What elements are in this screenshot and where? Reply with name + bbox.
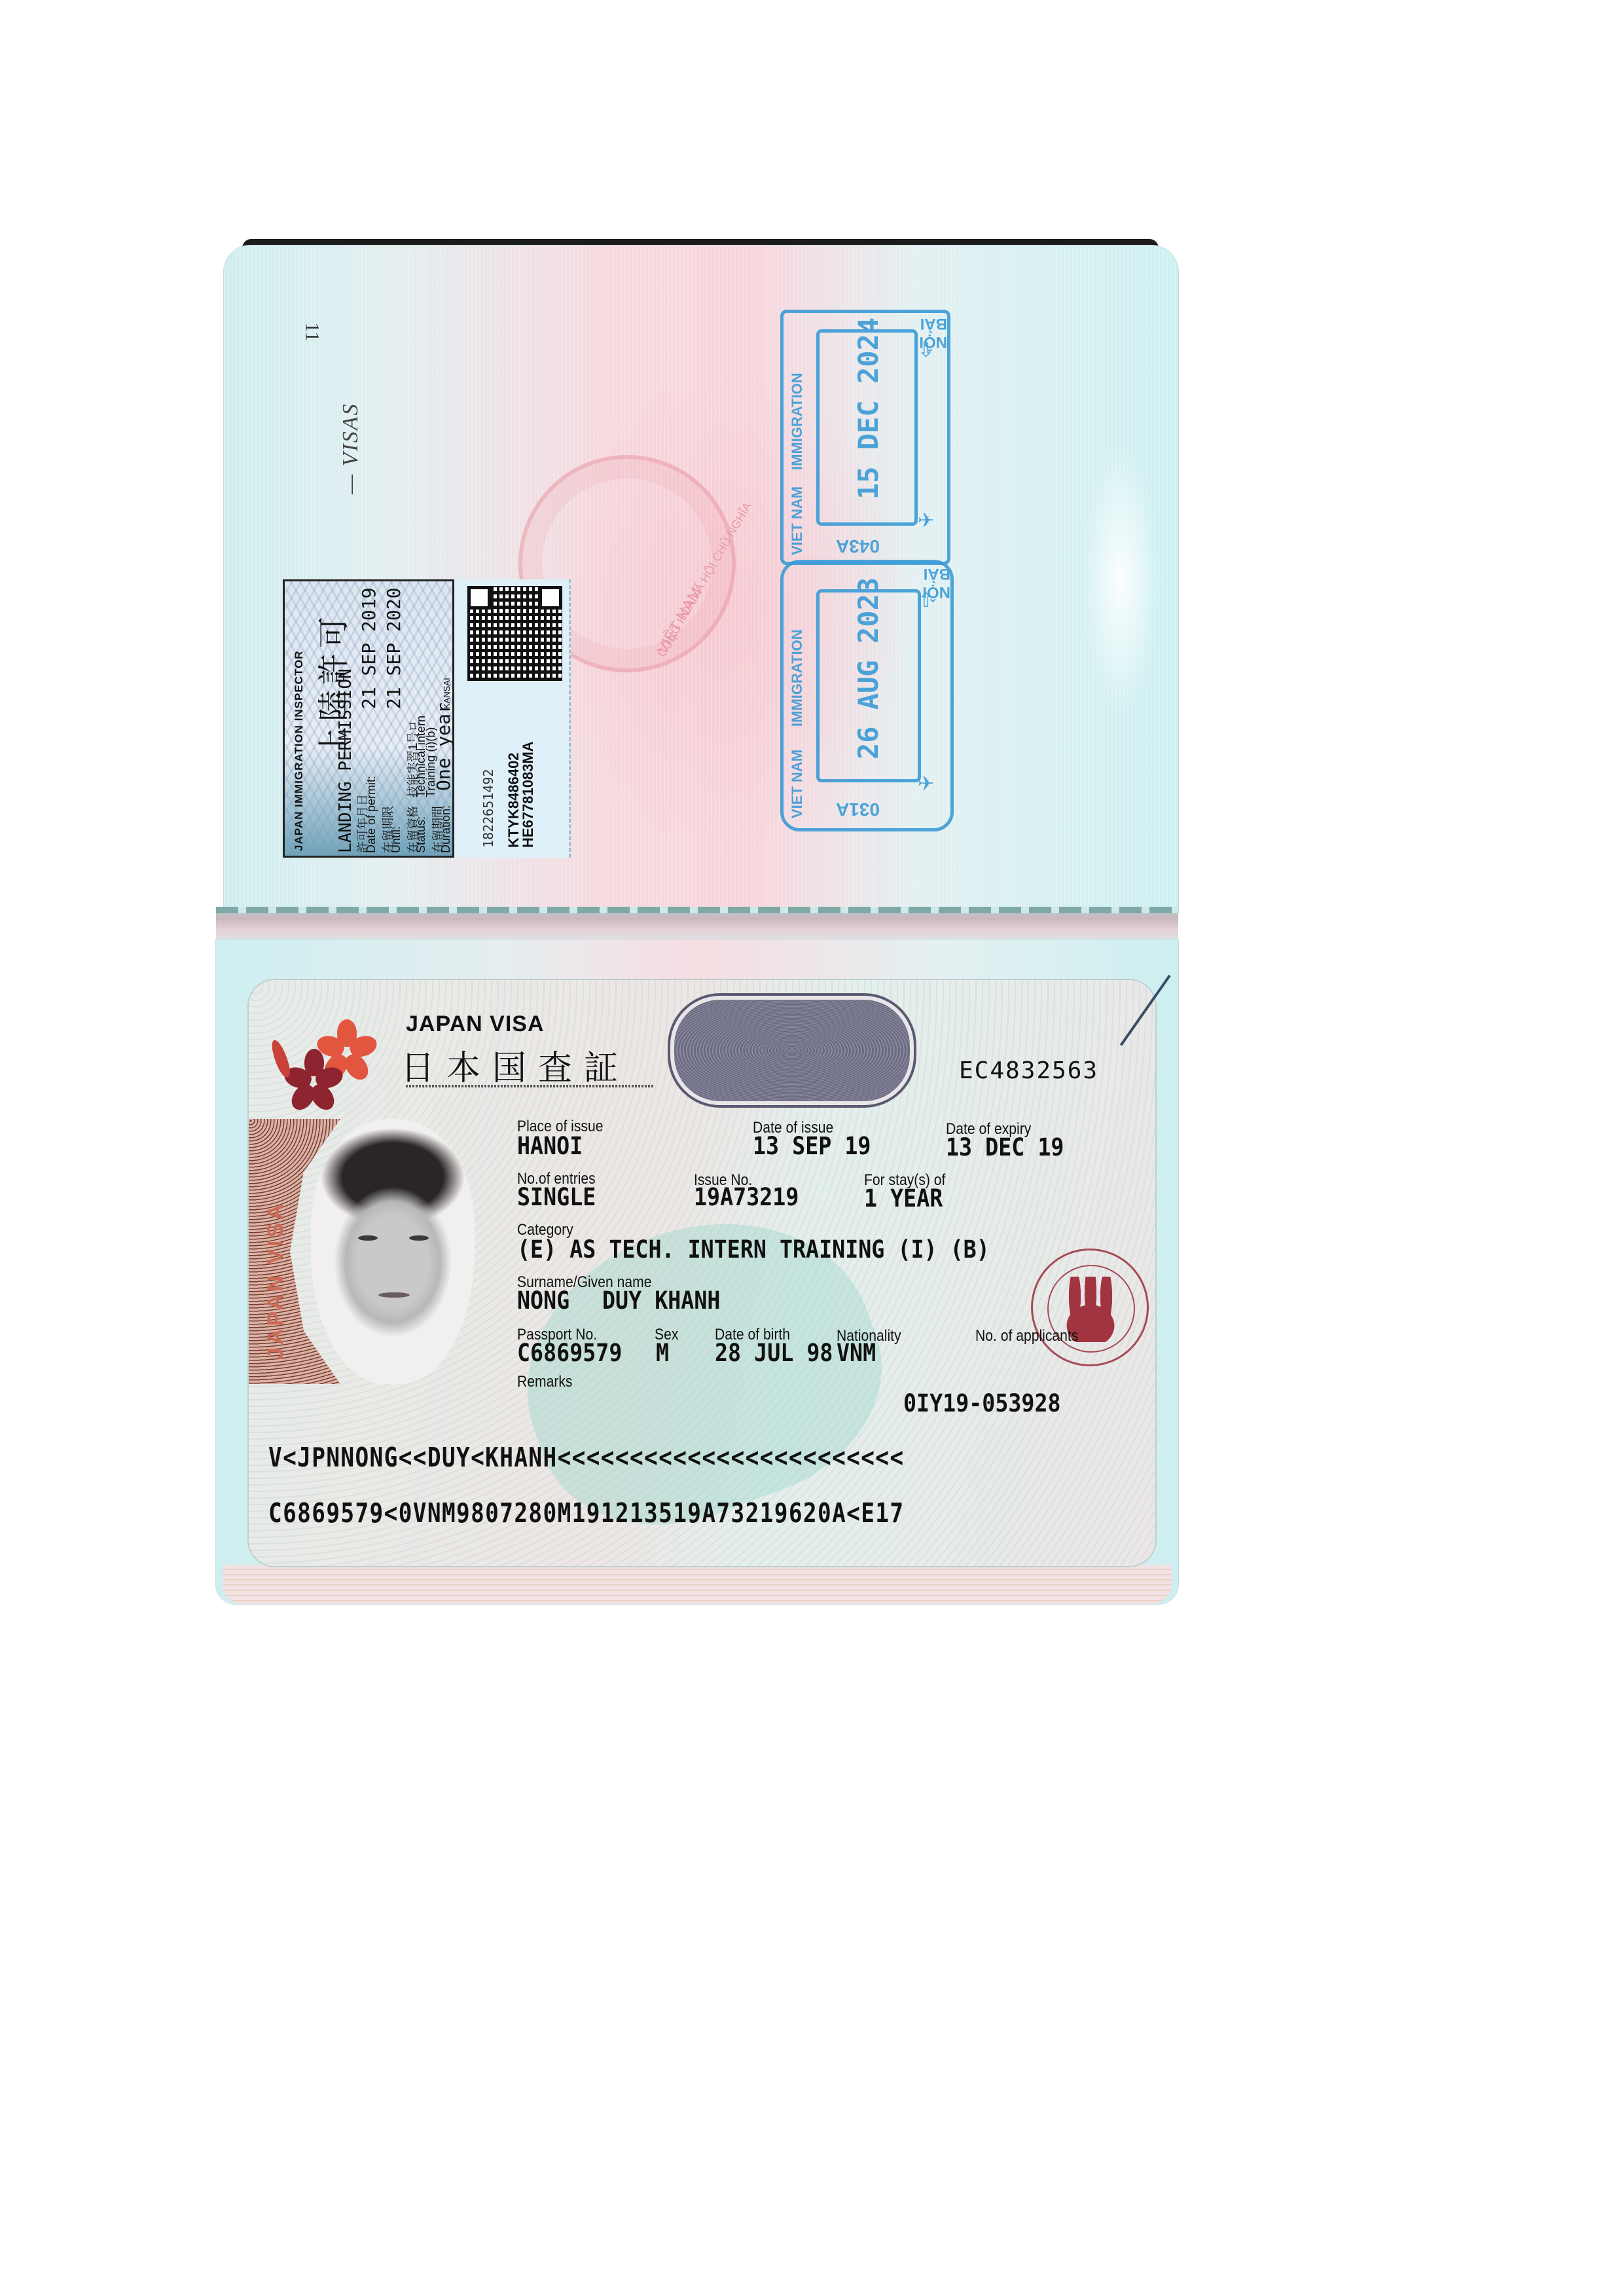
given-name-value: DUY KHANH [602, 1286, 720, 1315]
sakura-logo-icon [275, 1013, 386, 1104]
landing-title-en: LANDING PERMISSION [336, 668, 355, 853]
page-number: 11 [300, 323, 323, 342]
stamp-code: 031A [836, 799, 880, 820]
surname-value: NONG [517, 1286, 569, 1315]
passport: 11 — VISAS CỘNG HÒA XÃ HỘI CHỦ NGHĨA VIỆ… [216, 246, 1178, 1604]
immigration-stamp-departure: VIET NAM IMMIGRATION 26 AUG 2023 NỘI BÀI… [780, 560, 954, 831]
mofa-seal: 日本国外務省 MINISTRY OF FOREIGN AFFAIRS JAPAN [1031, 1248, 1149, 1366]
landing-permission-panel: JAPAN IMMIGRATION INSPECTOR 上陸許可 LANDING… [283, 579, 454, 858]
date-of-permit-label-en: Date of permit: [365, 776, 378, 853]
airplane-icon: ✈ [918, 509, 934, 532]
issue-no-value: 19A73219 [694, 1183, 799, 1211]
duration-label-en: Duration: [439, 805, 453, 853]
landing-permission-qr-panel: 1822651492 KTYK8486402 HE67781083MA [454, 579, 571, 858]
mrz-line-1: V<JPNNONG<<DUY<KHANH<<<<<<<<<<<<<<<<<<<<… [268, 1442, 904, 1473]
place-of-issue-value: HANOI [517, 1132, 583, 1160]
arrival-arrow-icon: ⇩ [918, 339, 934, 362]
departure-arrow-icon: ⇧ [918, 589, 934, 612]
stamp-country: VIET NAM [789, 486, 806, 555]
duration-value: One year [433, 702, 454, 791]
no-of-entries-value: SINGLE [517, 1183, 596, 1211]
stamp-date: 26 AUG 2023 [852, 577, 884, 759]
holder-photo [311, 1119, 475, 1384]
date-of-expiry-value: 13 DEC 19 [946, 1133, 1064, 1161]
visa-title-jp: 日本国査証 [401, 1040, 630, 1089]
qr-code [467, 586, 562, 681]
page-edges [223, 1565, 1172, 1604]
passport-no-value: C6869579 [517, 1339, 622, 1367]
for-stay-value: 1 YEAR [864, 1184, 943, 1212]
dob-value: 28 JUL 98 [715, 1339, 833, 1367]
no-of-applicants-label: No. of applicants [975, 1327, 1078, 1345]
lotus-ornament-watermark [1081, 442, 1160, 717]
category-value: (E) AS TECH. INTERN TRAINING (I) (B) [517, 1235, 990, 1264]
stamp-country: VIET NAM [789, 750, 806, 818]
visa-title-en: JAPAN VISA [406, 1011, 545, 1037]
landing-code-2: HE67781083MA [520, 741, 537, 848]
date-of-issue-value: 13 SEP 19 [753, 1132, 871, 1160]
remarks-label: Remarks [517, 1373, 572, 1391]
stamp-date: 15 DEC 2024 [852, 318, 884, 500]
date-of-permit-value: 21 SEP 2019 [358, 588, 380, 709]
guilloche-security-pattern [674, 1000, 910, 1101]
side-label: JAPAN VISA [263, 1201, 289, 1360]
landing-permission-sticker: JAPAN IMMIGRATION INSPECTOR 上陸許可 LANDING… [283, 579, 571, 854]
port-of-entry: KANSAI [442, 678, 452, 709]
nationality-value: VNM [837, 1339, 876, 1367]
immigration-stamp-arrival: VIET NAM IMMIGRATION 15 DEC 2024 NỘI BÀI… [780, 310, 950, 565]
microprint-line [406, 1085, 655, 1087]
page-heading: — VISAS [338, 403, 363, 494]
landing-header: JAPAN IMMIGRATION INSPECTOR [293, 650, 306, 851]
visa-number: EC4832563 [959, 1057, 1098, 1084]
visas-page: 11 — VISAS CỘNG HÒA XÃ HỘI CHỦ NGHĨA VIỆ… [224, 246, 1178, 913]
japan-visa-sticker: JAPAN VISA 日本国査証 EC4832563 JAPAN VISA Pl… [249, 980, 1155, 1566]
until-value: 21 SEP 2020 [383, 588, 405, 709]
status-label-en: Status: [414, 816, 428, 853]
stamp-authority: IMMIGRATION [789, 373, 806, 470]
landing-serial: 1822651492 [480, 769, 496, 848]
until-label-en: Until: [389, 826, 403, 853]
remarks-value: 0IY19-053928 [903, 1389, 1061, 1417]
sex-value: M [656, 1339, 669, 1367]
airplane-icon: ✈ [918, 773, 934, 795]
stamp-authority: IMMIGRATION [789, 629, 806, 727]
mrz-line-2: C6869579<0VNM9807280M191213519A73219620A… [268, 1497, 904, 1529]
stamp-code: 043A [836, 536, 880, 556]
